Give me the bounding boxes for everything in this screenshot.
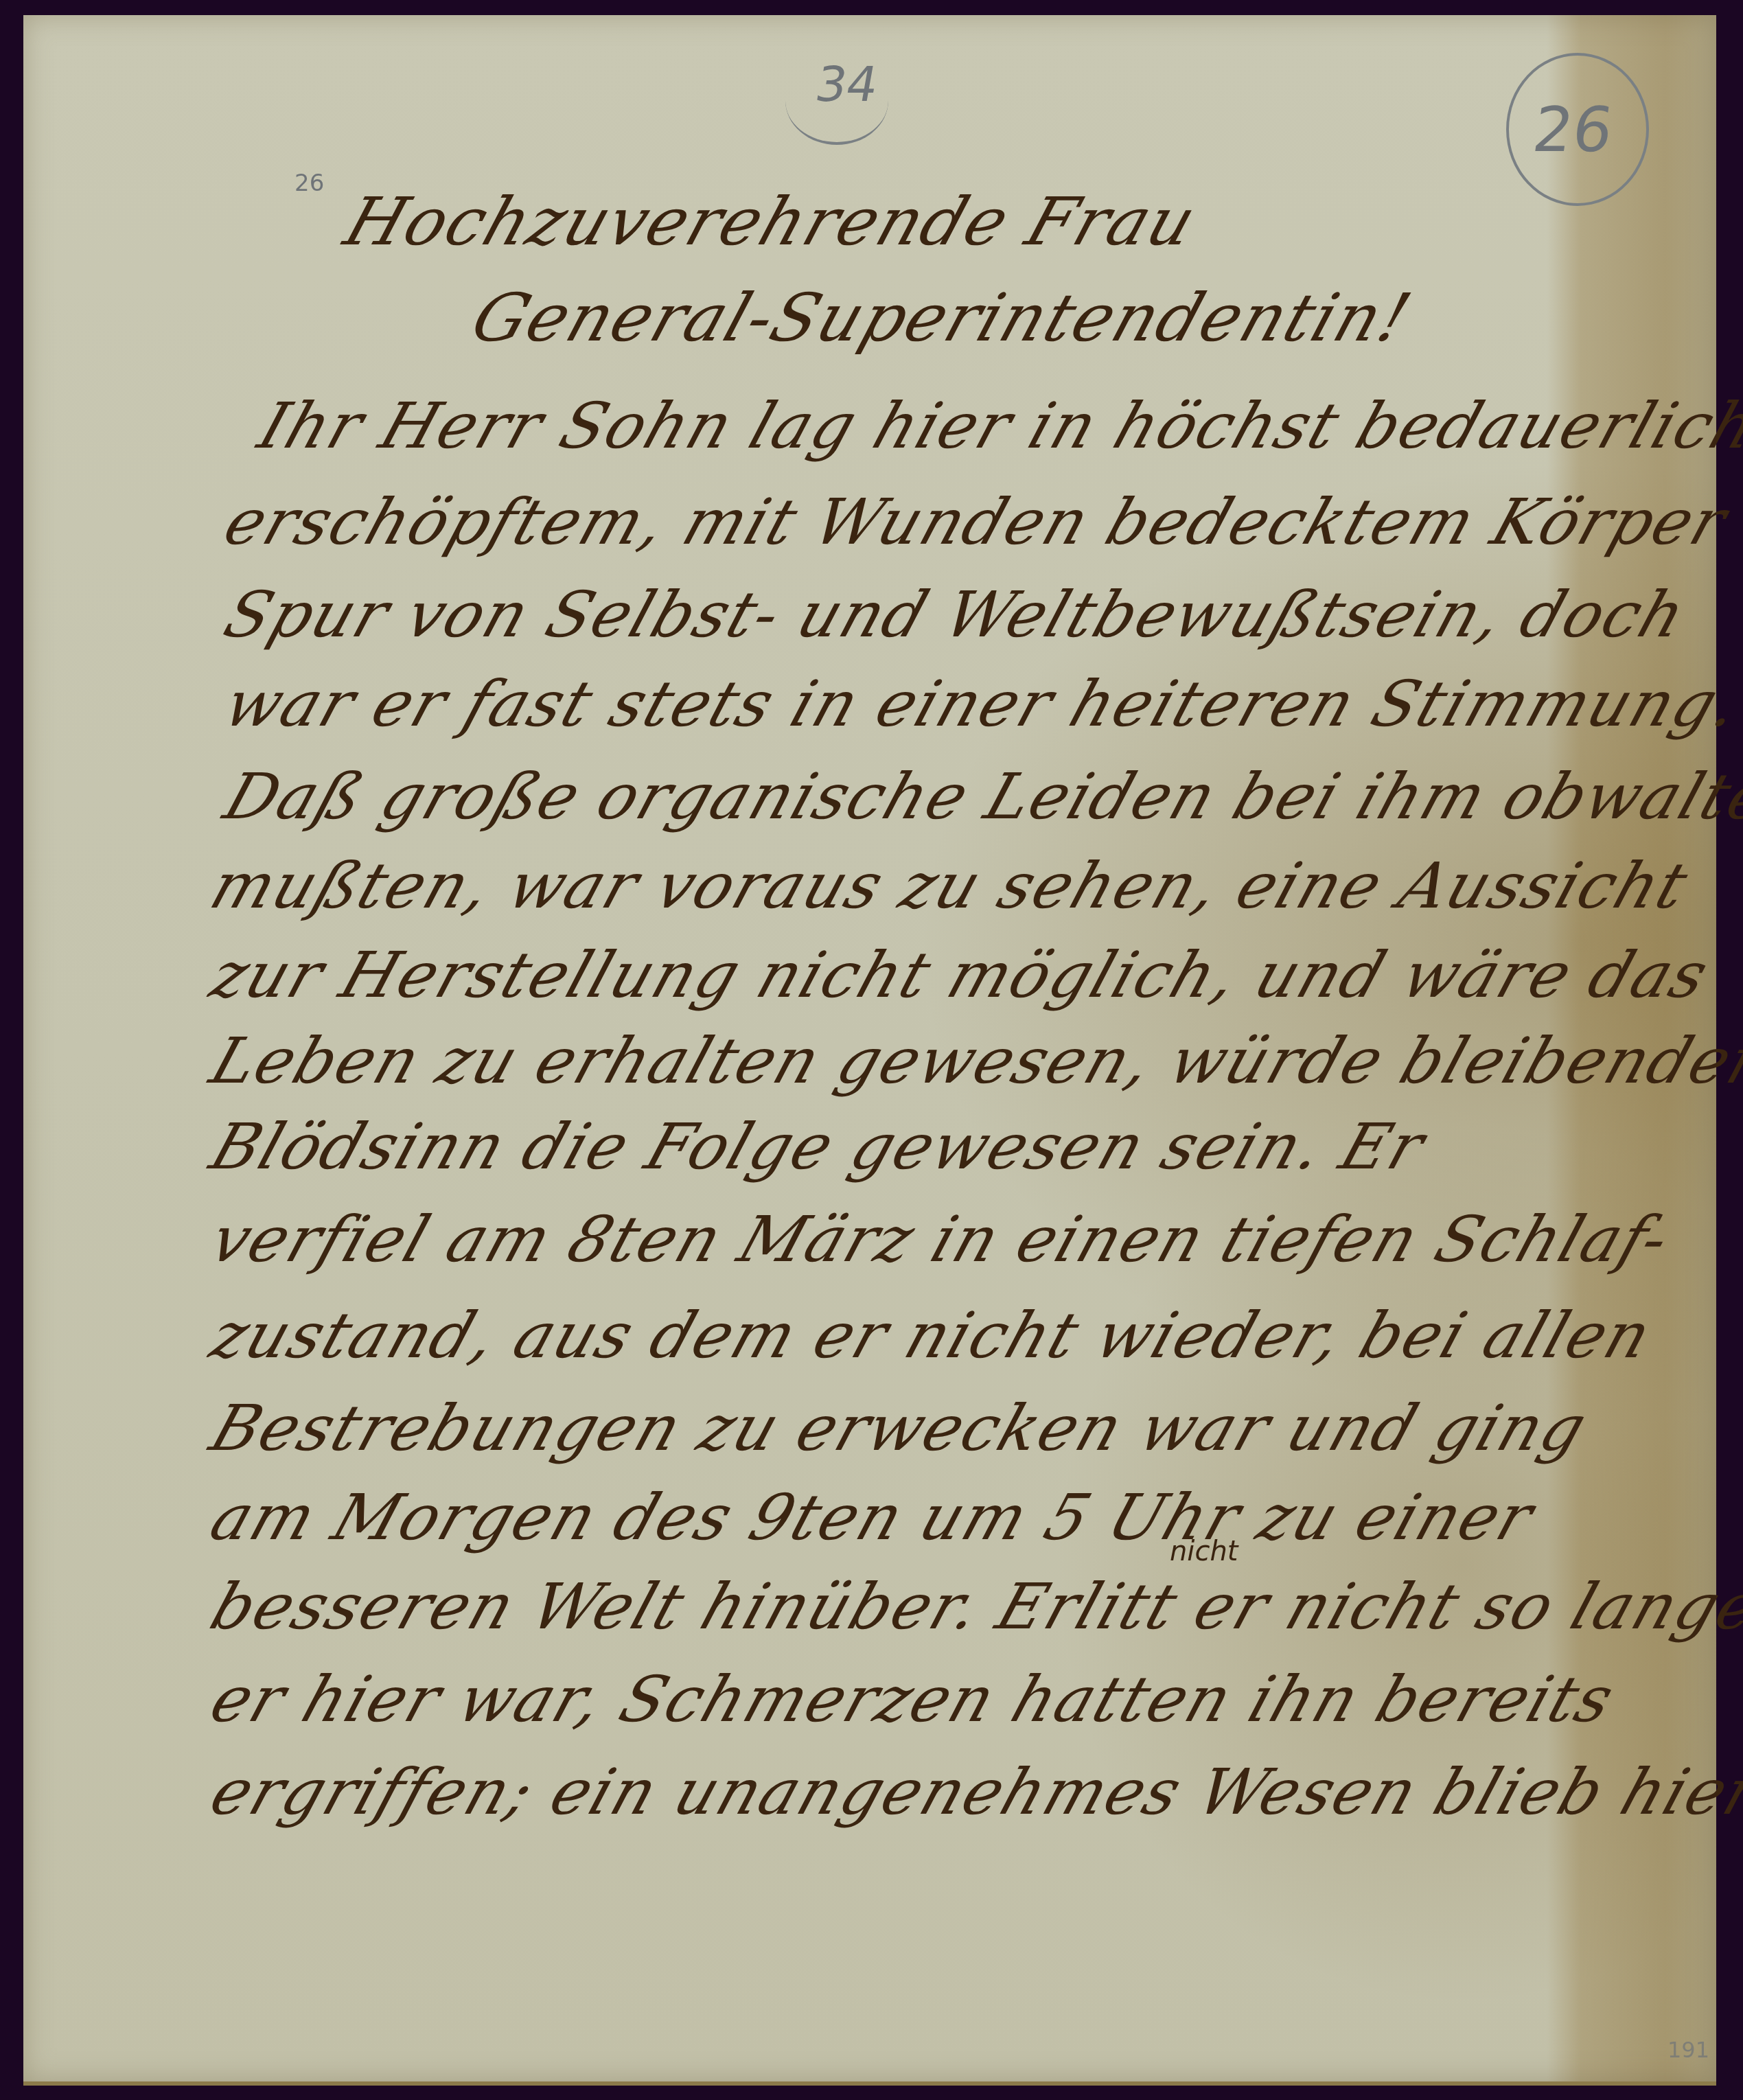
letter-page: 34 26 26 191 Hochzuverehrende Frau Gener…: [23, 15, 1716, 2086]
archive-number-underline-arc: [785, 56, 888, 145]
body-line-4: war er fast stets in einer heiteren Stim…: [216, 667, 1743, 741]
body-line-15: er hier war, Schmerzen hatten ihn bereit…: [202, 1663, 1624, 1736]
body-line-13: am Morgen des 9ten um 5 Uhr zu einer: [202, 1481, 1543, 1554]
salutation-line-2: General-Superintendentin!: [463, 279, 1421, 356]
salutation-line-1: Hochzuverehrende Frau: [336, 183, 1206, 260]
body-line-10: verfiel am 8ten März in einen tiefen Sch…: [202, 1203, 1679, 1276]
folio-number: 26: [1529, 94, 1617, 166]
body-line-14: besseren Welt hinüber. Erlitt er nicht s…: [202, 1570, 1743, 1643]
body-line-1: Ihr Herr Sohn lag hier in höchst bedauer…: [250, 389, 1743, 463]
bottom-corner-number: 191: [1667, 2037, 1709, 2063]
body-line-2: erschöpftem, mit Wunden bedecktem Körper…: [216, 485, 1743, 559]
interlinear-insertion: nicht: [1170, 1536, 1238, 1567]
body-line-8: Leben zu erhalten gewesen, würde bleiben…: [202, 1024, 1743, 1098]
body-line-5: Daß große organische Leiden bei ihm obwa…: [216, 760, 1743, 833]
body-line-12: Bestrebungen zu erwecken war und ging: [202, 1392, 1596, 1465]
body-line-7: zur Herstellung nicht möglich, und wäre …: [202, 938, 1718, 1012]
body-line-3: Spur von Selbst- und Weltbewußtsein, doc…: [216, 578, 1696, 651]
margin-number: 26: [295, 170, 324, 197]
body-line-11: zustand, aus dem er nicht wieder, bei al…: [202, 1299, 1661, 1372]
body-line-16: ergriffen; ein unangenehmes Wesen blieb …: [202, 1755, 1743, 1829]
body-line-9: Blödsinn die Folge gewesen sein. Er: [202, 1110, 1434, 1184]
body-line-6: mußten, war voraus zu sehen, eine Aussic…: [202, 849, 1698, 923]
